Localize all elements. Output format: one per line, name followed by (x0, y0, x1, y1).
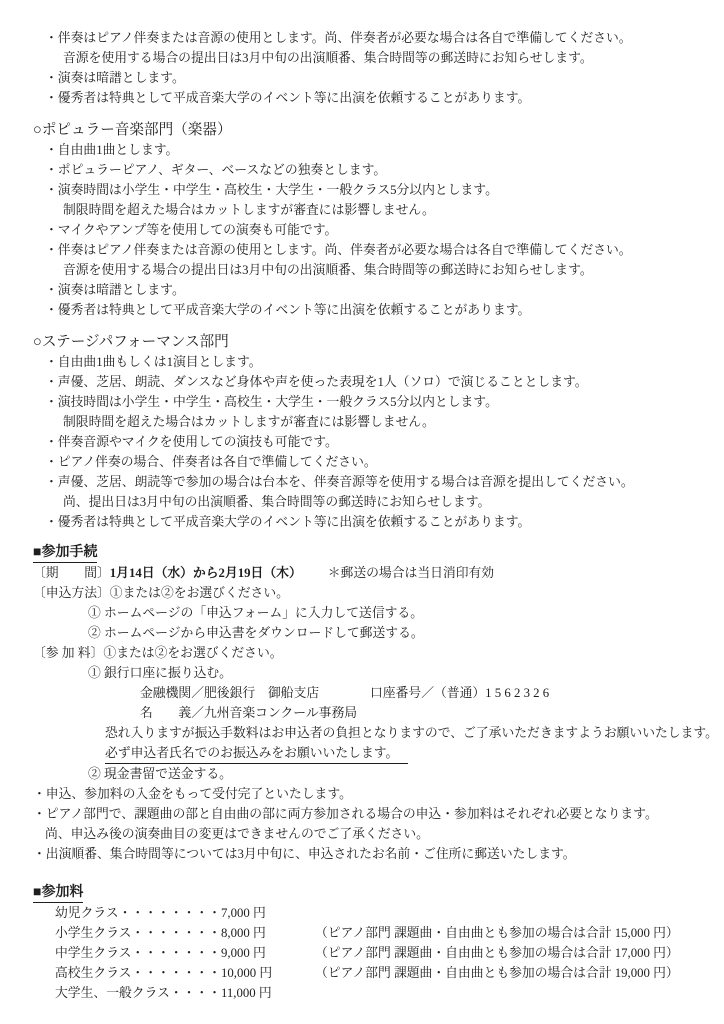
bank-institution: 金融機関／肥後銀行 御船支店 (140, 683, 370, 703)
period-dates: 1月14日（水）から2月19日（木） (110, 566, 302, 580)
rule-bullet: ・ポピュラーピアノ、ギター、ベースなどの独奏とします。 (33, 160, 700, 180)
fee-note: （ピアノ部門 課題曲・自由曲とも参加の場合は合計 15,000 円） (315, 923, 679, 943)
bank-account-holder: 名 義／九州音楽コンクール事務局 (140, 703, 357, 723)
entry-fee-text: ①または②をお選びください。 (103, 646, 282, 660)
rule-bullet: ・演奏は暗譜とします。 (33, 68, 700, 88)
method-option-2: ② ホームページから申込書をダウンロードして郵送する。 (33, 623, 700, 643)
fee-class-and-price: 高校生クラス・・・・・・・10,000 円 (55, 963, 315, 983)
procedure-bullet: ・出演順番、集合時間等については3月中旬に、申込されたお名前・ご住所に郵送いたし… (33, 844, 700, 864)
rule-bullet: ・伴奏はピアノ伴奏または音源の使用とします。尚、伴奏者が必要な場合は各自で準備し… (33, 28, 700, 48)
rule-bullet: ・優秀者は特典として平成音楽大学のイベント等に出演を依頼することがあります。 (33, 88, 700, 108)
rule-continuation: 音源を使用する場合の提出日は3月中旬の出演順番、集合時間等の郵送時にお知らせしま… (33, 48, 700, 68)
fee-row-high-school: 高校生クラス・・・・・・・10,000 円（ピアノ部門 課題曲・自由曲とも参加の… (33, 963, 700, 983)
transfer-name-note: 必ず申込者氏名でのお振込みをお願いいたします。 (105, 743, 408, 764)
rule-bullet: ・優秀者は特典として平成音楽大学のイベント等に出演を依頼することがあります。 (33, 512, 700, 532)
rule-bullet: ・伴奏はピアノ伴奏または音源の使用とします。尚、伴奏者が必要な場合は各自で準備し… (33, 240, 700, 260)
fee-class-and-price: 大学生、一般クラス・・・・11,000 円 (55, 983, 315, 1003)
rule-bullet: ・声優、芝居、朗読、ダンスなど身体や声を使った表現を1人（ソロ）で演じることとし… (33, 372, 700, 392)
rule-bullet: ・演奏は暗譜とします。 (33, 280, 700, 300)
period-label: 〔期 間〕 (33, 566, 110, 580)
fee-row-university-general: 大学生、一般クラス・・・・11,000 円 (33, 983, 700, 1003)
rule-continuation: 制限時間を超えた場合はカットしますが審査には影響しません。 (33, 412, 700, 432)
heading-entry-fees: ■参加料 (33, 883, 83, 903)
entry-fee-label: 〔参 加 料〕 (33, 646, 103, 660)
method-option-1: ① ホームページの「申込フォーム」に入力して送信する。 (33, 603, 700, 623)
procedure-bullet: ・ピアノ部門で、課題曲の部と自由曲の部に両方参加される場合の申込・参加料はそれぞ… (33, 804, 700, 824)
application-period-line: 〔期 間〕1月14日（水）から2月19日（木）＊郵送の場合は当日消印有効 (33, 563, 700, 583)
section-title-popular-music: ○ポピュラー音楽部門（楽器） (33, 120, 700, 140)
rule-bullet: ・ピアノ伴奏の場合、伴奏者は各自で準備してください。 (33, 452, 700, 472)
rule-bullet: ・自由曲1曲もしくは1演目とします。 (33, 352, 700, 372)
fee-option-2-cash-mail: ② 現金書留で送金する。 (33, 764, 700, 784)
bank-account-number: 口座番号／（普通）1 5 6 2 3 2 6 (370, 683, 549, 703)
procedure-continuation: 尚、申込み後の演奏曲目の変更はできませんのでご了承ください。 (33, 824, 700, 844)
rule-continuation: 尚、提出日は3月中旬の出演順番、集合時間等の郵送時にお知らせします。 (33, 492, 700, 512)
fee-row-junior-high: 中学生クラス・・・・・・・9,000 円（ピアノ部門 課題曲・自由曲とも参加の場… (33, 943, 700, 963)
entry-fee-line: 〔参 加 料〕①または②をお選びください。 (33, 643, 700, 663)
document-page: ・伴奏はピアノ伴奏または音源の使用とします。尚、伴奏者が必要な場合は各自で準備し… (0, 0, 724, 1024)
transfer-name-note-line: 必ず申込者氏名でのお振込みをお願いいたします。 (33, 743, 700, 764)
rule-bullet: ・優秀者は特典として平成音楽大学のイベント等に出演を依頼することがあります。 (33, 300, 700, 320)
fee-class-and-price: 小学生クラス・・・・・・・8,000 円 (55, 923, 315, 943)
rule-bullet: ・演奏時間は小学生・中学生・高校生・大学生・一般クラス5分以内とします。 (33, 180, 700, 200)
method-label: 〔申込方法〕 (33, 586, 110, 600)
rule-bullet: ・声優、芝居、朗読等で参加の場合は台本を、伴奏音源等を使用する場合は音源を提出し… (33, 472, 700, 492)
rule-continuation: 音源を使用する場合の提出日は3月中旬の出演順番、集合時間等の郵送時にお知らせしま… (33, 260, 700, 280)
fee-note: （ピアノ部門 課題曲・自由曲とも参加の場合は合計 19,000 円） (315, 963, 679, 983)
fee-option-1-bank-transfer: ① 銀行口座に振り込む。 (33, 663, 700, 683)
procedure-bullet: ・申込、参加料の入金をもって受付完了といたします。 (33, 784, 700, 804)
transfer-fee-note: 恐れ入りますが振込手数料はお申込者の負担となりますので、ご了承いただきますようお… (33, 723, 700, 743)
method-text: ①または②をお選びください。 (110, 586, 289, 600)
rule-bullet: ・伴奏音源やマイクを使用しての演技も可能です。 (33, 432, 700, 452)
fee-note: （ピアノ部門 課題曲・自由曲とも参加の場合は合計 17,000 円） (315, 943, 679, 963)
section-title-stage-performance: ○ステージパフォーマンス部門 (33, 332, 700, 352)
period-postmark-note: ＊郵送の場合は当日消印有効 (328, 566, 494, 580)
bank-account-line: 金融機関／肥後銀行 御船支店口座番号／（普通）1 5 6 2 3 2 6 (33, 683, 700, 703)
application-method-line: 〔申込方法〕①または②をお選びください。 (33, 583, 700, 603)
rule-bullet: ・マイクやアンプ等を使用しての演奏も可能です。 (33, 220, 700, 240)
bank-holder-line: 名 義／九州音楽コンクール事務局 (33, 703, 700, 723)
fee-row-infant: 幼児クラス・・・・・・・・7,000 円 (33, 903, 700, 923)
rule-bullet: ・自由曲1曲とします。 (33, 140, 700, 160)
rule-continuation: 制限時間を超えた場合はカットしますが審査には影響しません。 (33, 200, 700, 220)
fee-row-elementary: 小学生クラス・・・・・・・8,000 円（ピアノ部門 課題曲・自由曲とも参加の場… (33, 923, 700, 943)
fee-class-and-price: 幼児クラス・・・・・・・・7,000 円 (55, 903, 315, 923)
rule-bullet: ・演技時間は小学生・中学生・高校生・大学生・一般クラス5分以内とします。 (33, 392, 700, 412)
heading-application-procedure: ■参加手続 (33, 543, 97, 563)
fee-class-and-price: 中学生クラス・・・・・・・9,000 円 (55, 943, 315, 963)
